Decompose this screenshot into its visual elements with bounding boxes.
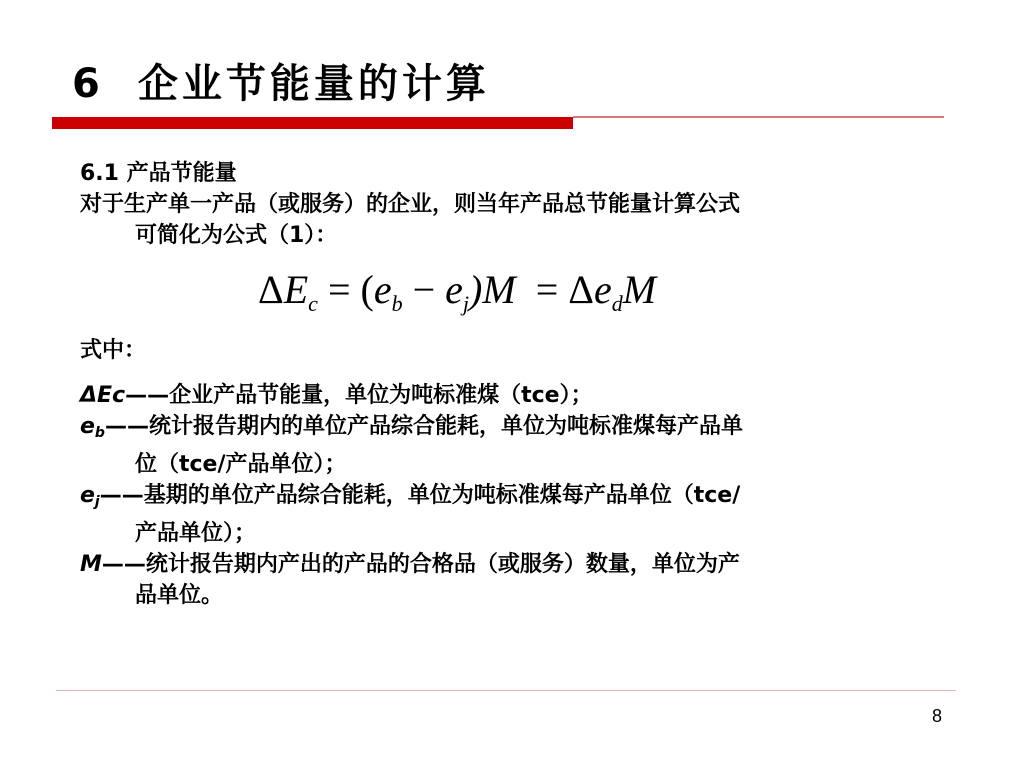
definition-dash: —— [100, 483, 144, 508]
definition-symbol: ΔEc [80, 383, 125, 408]
definition-item: eb——统计报告期内的单位产品综合能耗，单位为吨标准煤每产品单 位（tce/产品… [80, 411, 960, 480]
sub-d: d [612, 291, 623, 316]
definition-text: 企业产品节能量，单位为吨标准煤（tce）； [169, 383, 592, 408]
equals-open: = ( [318, 267, 374, 312]
var-M: M [623, 267, 656, 312]
where-label: 式中： [80, 335, 960, 366]
minus: − [403, 267, 446, 312]
title-accent-bar [52, 117, 573, 129]
delta-symbol: Δ [568, 267, 594, 312]
definition-text: 统计报告期内的单位产品综合能耗，单位为吨标准煤每产品单 [149, 414, 743, 439]
definition-dash: —— [125, 383, 169, 408]
definition-text-cont: 产品单位）； [80, 518, 960, 549]
formula-1: ΔEc = (eb − ej)M = ΔedM [258, 261, 960, 319]
definition-item: M——统计报告期内产出的产品的合格品（或服务）数量，单位为产 品单位。 [80, 549, 960, 611]
definition-symbol: eb [80, 414, 105, 439]
subheading: 6.1 产品节能量 [80, 158, 960, 189]
close-M: )M [469, 267, 516, 312]
definition-item: ej——基期的单位产品综合能耗，单位为吨标准煤每产品单位（tce/ 产品单位）； [80, 480, 960, 549]
sub-b: b [392, 291, 403, 316]
definition-dash: —— [102, 552, 146, 577]
var-e: e [374, 267, 392, 312]
slide-body: 6.1 产品节能量 对于生产单一产品（或服务）的企业，则当年产品总节能量计算公式… [80, 158, 960, 611]
var-e: e [445, 267, 463, 312]
equals: = [526, 267, 569, 312]
definition-text: 统计报告期内产出的产品的合格品（或服务）数量，单位为产 [146, 552, 740, 577]
definition-text-cont: 品单位。 [80, 580, 960, 611]
var-E: E [284, 267, 308, 312]
intro-text-line1: 对于生产单一产品（或服务）的企业，则当年产品总节能量计算公式 [80, 189, 960, 220]
title-divider-line [573, 116, 944, 118]
definition-symbol: ej [80, 483, 100, 508]
slide-title: 6企业节能量的计算 [72, 52, 490, 109]
intro-text-line2: 可简化为公式（1）： [80, 220, 960, 251]
definition-text-cont: 位（tce/产品单位）； [80, 449, 960, 480]
title-number: 6 [72, 61, 104, 107]
page-number: 8 [932, 706, 942, 727]
definition-item: ΔEc——企业产品节能量，单位为吨标准煤（tce）； [80, 380, 960, 411]
definition-dash: —— [105, 414, 149, 439]
definition-symbol: M [80, 552, 102, 577]
title-text: 企业节能量的计算 [138, 61, 490, 107]
var-e: e [594, 267, 612, 312]
sub-c: c [308, 291, 318, 316]
footer-divider [56, 690, 956, 691]
delta-symbol: Δ [258, 267, 284, 312]
definition-text: 基期的单位产品综合能耗，单位为吨标准煤每产品单位（tce/ [144, 483, 741, 508]
